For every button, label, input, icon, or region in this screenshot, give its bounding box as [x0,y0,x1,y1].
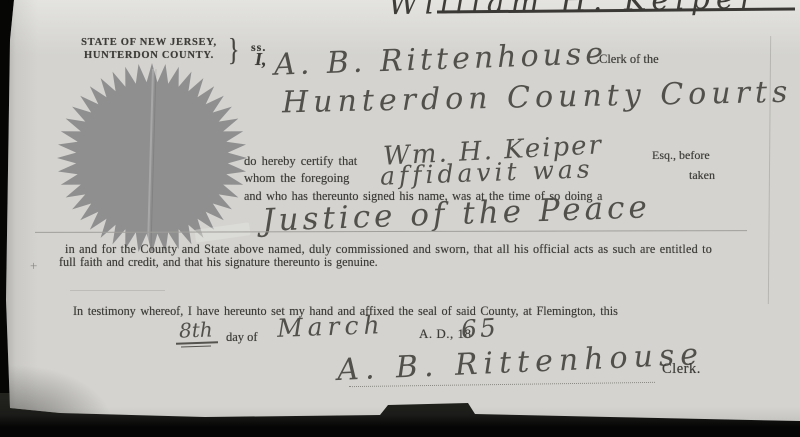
paper-crease-line [70,290,165,291]
printed-i: I, [255,49,267,70]
scanned-certificate: William H. Keiper STATE OF NEW JERSEY, H… [0,0,800,437]
clerk-of-label: Clerk of the [599,52,659,67]
foregoing-label: whom the foregoing [244,171,349,186]
venue-state-line: STATE OF NEW JERSEY, [68,37,230,50]
day-underline-1 [176,341,218,344]
venue-county-line: HUNTERDON COUNTY. [68,50,230,63]
day-underline-2 [181,345,211,347]
clerk-signature: A. B. Rittenhouse [336,337,704,388]
esq-before-label: Esq., before [652,148,710,163]
margin-pencil-mark: + [30,258,37,274]
court-name-handwritten: Hunterdon County Courts [282,75,793,121]
affidavit-handwritten: affidavit was [380,154,594,190]
day-of-label: day of [226,330,258,345]
certificate-paper: William H. Keiper STATE OF NEW JERSEY, H… [0,0,800,437]
month-handwritten: March [277,310,386,343]
clerk-title-label: Clerk. [662,361,701,378]
clerk-name-handwritten: A. B. Rittenhouse [273,36,607,83]
day-handwritten: 8th [179,317,213,342]
commission-paragraph-line2: full faith and credit, and that his sign… [59,255,378,270]
taken-label: taken [689,168,715,183]
venue-heading: STATE OF NEW JERSEY, HUNTERDON COUNTY. [68,37,230,62]
certify-label: do hereby certify that [244,154,357,169]
county-seal [57,63,247,253]
year-handwritten: 65 [460,313,500,345]
